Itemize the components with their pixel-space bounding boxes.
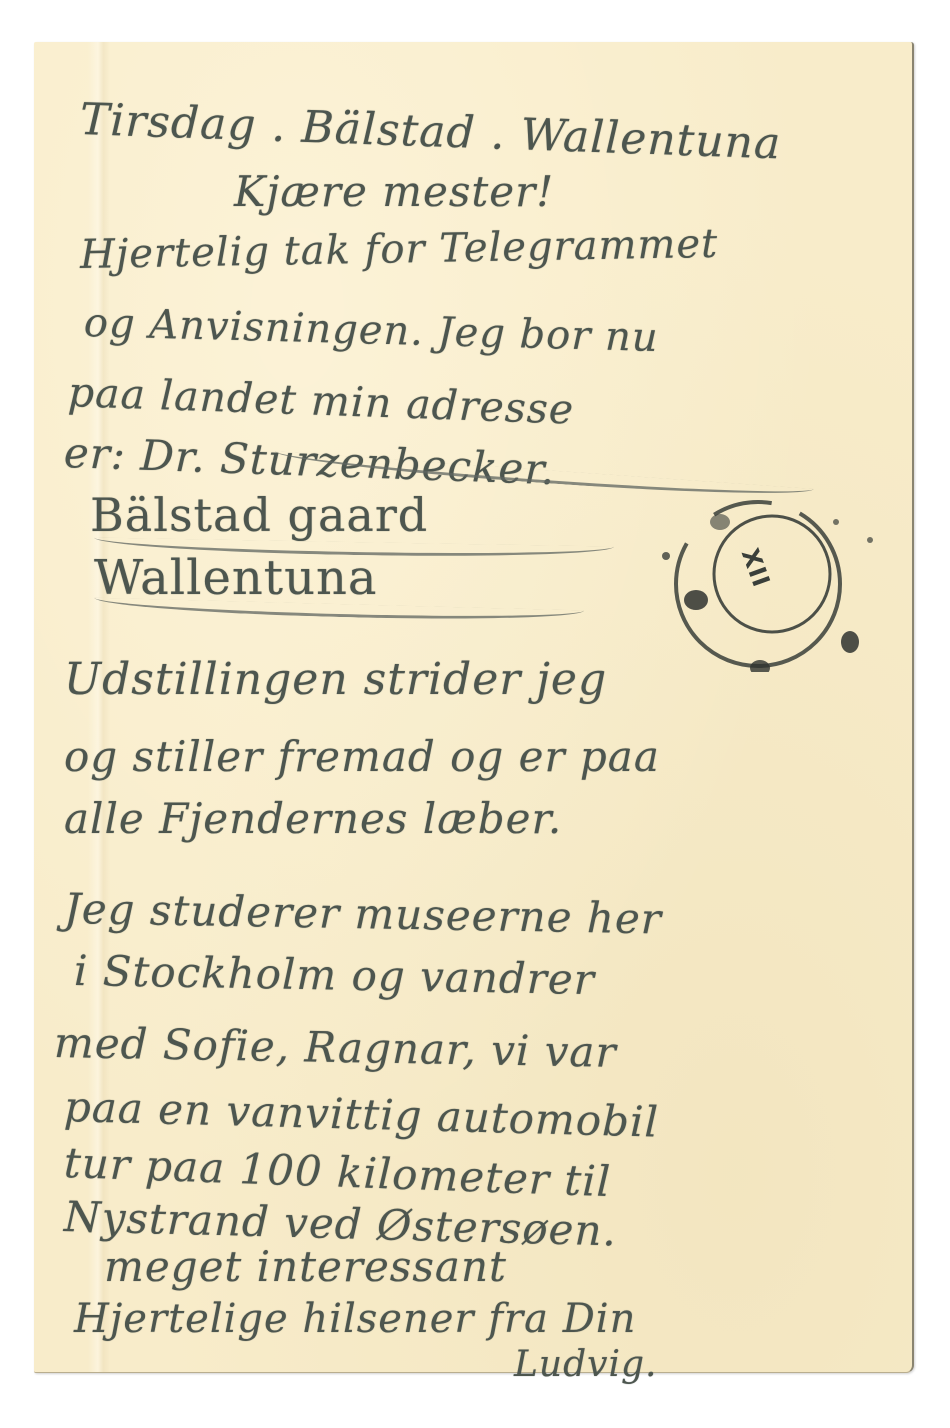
heading-place: Bälstad <box>301 102 477 159</box>
letter-line-7: Udstillingen strider jeg <box>64 654 607 705</box>
letter-line-9: alle Fjendernes læber. <box>64 794 562 843</box>
letter-line-12: med Sofie, Ragnar, vi var <box>54 1018 617 1077</box>
letter-heading: Tirsdag . Bälstad . Wallentuna <box>79 94 782 169</box>
letter-line-2: og Anvisningen. Jeg bor nu <box>83 300 659 361</box>
postmark-stamp: XII <box>640 492 876 672</box>
letter-line-4-address-name: er: Dr. Sturzenbecker. <box>63 428 556 494</box>
heading-day: Tirsdag <box>79 94 257 151</box>
signature: Ludvig. <box>514 1344 657 1385</box>
letter-line-6-address-town: Wallentuna <box>94 550 378 606</box>
salutation: Kjære mester! <box>234 167 554 216</box>
letter-line-10: Jeg studerer museerne her <box>64 884 663 943</box>
letter-line-17-closing: Hjertelige hilsener fra Din <box>74 1296 636 1342</box>
letter-line-16: meget interessant <box>104 1242 507 1291</box>
letter-line-5-address-estate: Bälstad gaard <box>90 488 428 542</box>
letter-line-1: Hjertelig tak for Telegrammet <box>80 221 719 278</box>
heading-town: Wallentuna <box>520 109 782 169</box>
letter-line-3: paa landet min adresse <box>67 368 575 434</box>
letter-line-11: i Stockholm og vandrer <box>74 946 596 1004</box>
letter-line-13: paa en vanvittig automobil <box>63 1082 659 1147</box>
letter-line-8: og stiller fremad og er paa <box>64 732 660 781</box>
postcard: Tirsdag . Bälstad . Wallentuna Kjære mes… <box>34 42 914 1373</box>
